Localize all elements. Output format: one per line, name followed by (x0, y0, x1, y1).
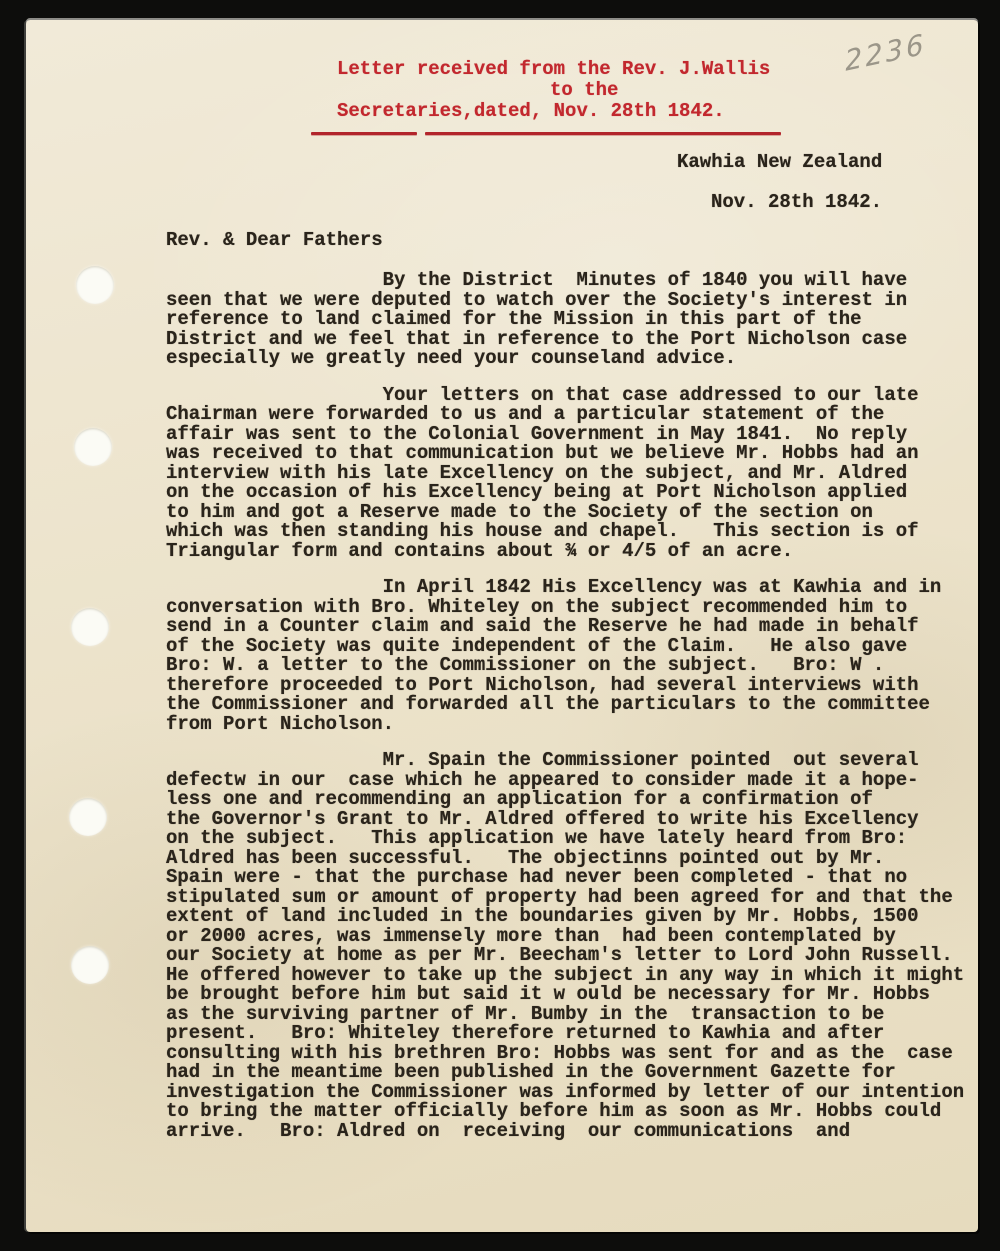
header-line-2: to the (550, 79, 618, 101)
photo-background: { "archive_number": "2236", "header": { … (0, 0, 1000, 1251)
letter-page: 2236 Letter received from the Rev. J.Wal… (26, 20, 978, 1232)
header-line-1: Letter received from the Rev. J.Wallis (337, 58, 770, 80)
red-rule-right (425, 132, 781, 135)
body-line: By the District Minutes of 1840 you will… (166, 271, 964, 291)
body-line: Mr. Spain the Commissioner pointed out s… (166, 751, 964, 771)
body-line: our Society at home as per Mr. Beecham's… (166, 946, 964, 966)
body-line: less one and recommending an application… (166, 790, 964, 810)
body-line: arrive. Bro: Aldred on receiving our com… (166, 1122, 964, 1142)
header-line-3: Secretaries,dated, Nov. 28th 1842. (337, 100, 725, 122)
body-line: was received to that communication but w… (166, 444, 964, 464)
body-line: In April 1842 His Excellency was at Kawh… (166, 578, 964, 598)
body-line: on the subject. This application we have… (166, 829, 964, 849)
body-line: present. Bro: Whiteley therefore returne… (166, 1024, 964, 1044)
body-line: be brought before him but said it w ould… (166, 985, 964, 1005)
body-line: had in the meantime been published in th… (166, 1063, 964, 1083)
body-line: reference to land claimed for the Missio… (166, 310, 964, 330)
punch-hole (74, 428, 112, 466)
place-line: Kawhia New Zealand (677, 151, 882, 173)
paragraph: Mr. Spain the Commissioner pointed out s… (166, 751, 964, 1141)
paragraph: By the District Minutes of 1840 you will… (166, 271, 964, 369)
body-line: on the occasion of his Excellency being … (166, 483, 964, 503)
punch-hole (69, 798, 107, 836)
body-line: the Commissioner and forwarded all the p… (166, 695, 964, 715)
body-line: which was then standing his house and ch… (166, 522, 964, 542)
salutation: Rev. & Dear Fathers (166, 229, 383, 251)
archive-number: 2236 (844, 27, 928, 78)
body-line: Bro: W. a letter to the Commissioner on … (166, 656, 964, 676)
body-line: extent of land included in the boundarie… (166, 907, 964, 927)
body-line: send in a Counter claim and said the Res… (166, 617, 964, 637)
punch-hole (71, 608, 109, 646)
red-rule-left (311, 132, 417, 135)
body-line: to bring the matter officially before hi… (166, 1102, 964, 1122)
body-line: especially we greatly need your counsela… (166, 349, 964, 369)
body-line: Triangular form and contains about ¾ or … (166, 542, 964, 562)
paragraph: Your letters on that case addressed to o… (166, 386, 964, 562)
body-line: from Port Nicholson. (166, 715, 964, 735)
body-line: Chairman were forwarded to us and a part… (166, 405, 964, 425)
paragraph: In April 1842 His Excellency was at Kawh… (166, 578, 964, 734)
body-line: Spain were - that the purchase had never… (166, 868, 964, 888)
letter-body: By the District Minutes of 1840 you will… (166, 271, 964, 1158)
date-line: Nov. 28th 1842. (711, 191, 882, 213)
punch-hole (71, 946, 109, 984)
punch-hole (76, 266, 114, 304)
